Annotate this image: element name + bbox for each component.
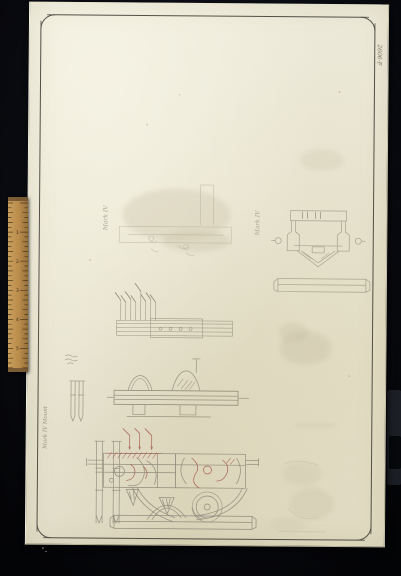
pin-details <box>69 381 85 421</box>
main-elevation-red-ink <box>105 428 234 488</box>
chalk-speck <box>45 551 47 552</box>
ruler-number: 5 <box>16 346 19 352</box>
accession-number: 2606-F <box>376 43 383 66</box>
part-label-scribbles <box>115 283 156 302</box>
ruler-number: 2 <box>16 259 19 265</box>
main-elevation-pencil <box>86 453 259 529</box>
drawing-top-right <box>271 211 371 293</box>
drawing-main-elevation <box>86 428 259 529</box>
ruler-number: 4 <box>16 317 19 323</box>
ruler-number: 1 <box>16 230 19 236</box>
annotation-mark-right: Mark IV <box>254 210 261 237</box>
chalk-speck <box>42 547 44 549</box>
sheet-artwork: 2606-F Mark IV Mark IV <box>26 2 388 547</box>
annotation-mark-left: Mark IV <box>102 205 109 232</box>
annotation-bottom-note: Mark IV Mount <box>43 405 49 450</box>
ruler-markings: 1 2 3 4 5 <box>8 197 28 372</box>
drawing-sheet: 2606-F Mark IV Mark IV <box>25 2 389 548</box>
photo-edge-clip <box>389 436 401 469</box>
border-frame <box>37 15 375 541</box>
ghost-impressions <box>120 147 344 533</box>
drawing-plan-view <box>115 283 233 338</box>
ruler-ticks <box>8 203 28 368</box>
ruler-number: 3 <box>16 288 19 294</box>
drawing-side-elevation <box>65 355 250 422</box>
scale-ruler: 1 2 3 4 5 <box>8 197 28 372</box>
